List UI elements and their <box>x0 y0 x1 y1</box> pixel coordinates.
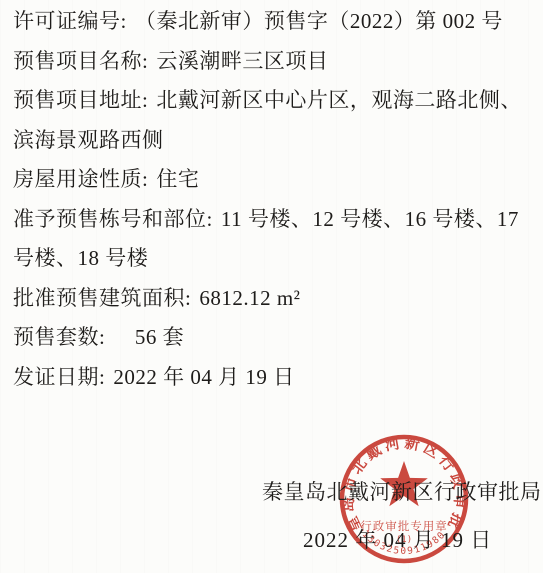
field-approved-buildings: 准予预售栋号和部位:11 号楼、12 号楼、16 号楼、17 号楼、18 号楼 <box>13 200 533 279</box>
issue-date-line: 2022 年 04 月 19 日 <box>303 524 492 554</box>
field-approved-area: 批准预售建筑面积:6812.12 m² <box>13 279 533 319</box>
field-usage-type: 房屋用途性质:住宅 <box>13 160 533 200</box>
field-value: 6812.12 m² <box>199 286 300 310</box>
field-label: 批准预售建筑面积: <box>13 286 191 310</box>
field-value: 云溪潮畔三区项目 <box>156 49 328 73</box>
field-value: 56 套 <box>113 325 184 349</box>
field-value: 住宅 <box>156 167 199 191</box>
field-label: 准予预售栋号和部位: <box>13 207 213 231</box>
field-label: 预售套数: <box>13 325 105 349</box>
field-label: 预售项目地址: <box>13 88 148 112</box>
field-label: 许可证编号: <box>13 9 127 33</box>
permit-fields: 许可证编号:（秦北新审）预售字（2022）第 002 号 预售项目名称:云溪潮畔… <box>13 2 533 397</box>
field-project-name: 预售项目名称:云溪潮畔三区项目 <box>13 42 533 82</box>
field-unit-count: 预售套数: 56 套 <box>13 318 533 358</box>
field-label: 发证日期: <box>13 365 105 389</box>
issuer-line: 秦皇岛北戴河新区行政审批局 <box>262 476 542 506</box>
field-project-address: 预售项目地址:北戴河新区中心片区，观海二路北侧、滨海景观路西侧 <box>13 81 533 160</box>
presale-permit-document: 许可证编号:（秦北新审）预售字（2022）第 002 号 预售项目名称:云溪潮畔… <box>0 0 543 573</box>
field-issue-date: 发证日期:2022 年 04 月 19 日 <box>13 358 533 398</box>
field-value: 2022 年 04 月 19 日 <box>113 365 294 389</box>
field-label: 预售项目名称: <box>13 49 148 73</box>
field-value: （秦北新审）预售字（2022）第 002 号 <box>135 9 503 33</box>
field-label: 房屋用途性质: <box>13 167 148 191</box>
field-permit-number: 许可证编号:（秦北新审）预售字（2022）第 002 号 <box>13 2 533 42</box>
